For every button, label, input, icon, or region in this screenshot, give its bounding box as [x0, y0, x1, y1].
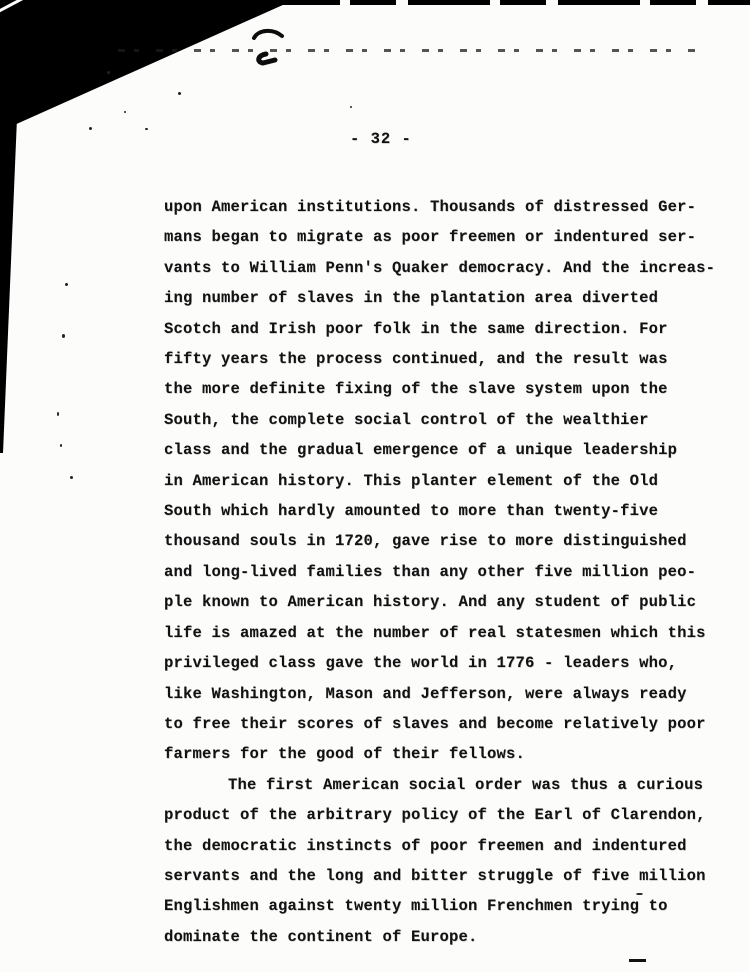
text-line: South, the complete social control of th… [164, 405, 709, 435]
text-line: Englishmen against twenty million French… [164, 891, 709, 921]
scan-speck [65, 283, 68, 286]
text-line: ple known to American history. And any s… [164, 587, 709, 617]
scan-mark-bottom [629, 959, 646, 962]
scan-speck [89, 127, 92, 130]
scan-speck [57, 412, 59, 416]
scan-speck [70, 476, 73, 479]
text-line: to free their scores of slaves and becom… [164, 709, 709, 739]
text-line: product of the arbitrary policy of the E… [164, 800, 709, 830]
text-line: The first American social order was thus… [164, 770, 709, 800]
text-line: class and the gradual emergence of a uni… [164, 435, 709, 465]
text-line: mans began to migrate as poor freemen or… [164, 222, 709, 252]
scan-speck [62, 334, 65, 338]
scan-speck [107, 71, 110, 74]
text-line: dominate the continent of Europe. [164, 922, 709, 952]
text-line: the more definite fixing of the slave sy… [164, 374, 709, 404]
text-line: thousand souls in 1720, gave rise to mor… [164, 526, 709, 556]
text-line: and long-lived families than any other f… [164, 557, 709, 587]
scanned-document-page: - 32 - upon American institutions. Thous… [0, 0, 750, 972]
text-line: servants and the long and bitter struggl… [164, 861, 709, 891]
scan-dotted-line [118, 49, 700, 52]
document-text: upon American institutions. Thousands of… [164, 192, 709, 952]
text-line: farmers for the good of their fellows. [164, 739, 709, 769]
scan-edge-left [0, 118, 20, 453]
page-number: - 32 - [350, 130, 412, 148]
text-line: privileged class gave the world in 1776 … [164, 648, 709, 678]
scan-speck [178, 92, 181, 95]
scan-speck [145, 128, 148, 130]
text-line: ing number of slaves in the plantation a… [164, 283, 709, 313]
scan-speck [350, 106, 352, 108]
text-line: the democratic instincts of poor freemen… [164, 831, 709, 861]
text-line: life is amazed at the number of real sta… [164, 618, 709, 648]
text-line: vants to William Penn's Quaker democracy… [164, 253, 709, 283]
text-line: upon American institutions. Thousands of… [164, 192, 709, 222]
text-line: in American history. This planter elemen… [164, 466, 709, 496]
scan-speck [60, 444, 62, 447]
scan-corner-fold [0, 0, 300, 150]
text-line: South which hardly amounted to more than… [164, 496, 709, 526]
handwritten-mark-icon [242, 26, 294, 72]
scan-speck [124, 111, 126, 113]
text-line: fifty years the process continued, and t… [164, 344, 709, 374]
text-line: like Washington, Mason and Jefferson, we… [164, 679, 709, 709]
text-line: Scotch and Irish poor folk in the same d… [164, 314, 709, 344]
